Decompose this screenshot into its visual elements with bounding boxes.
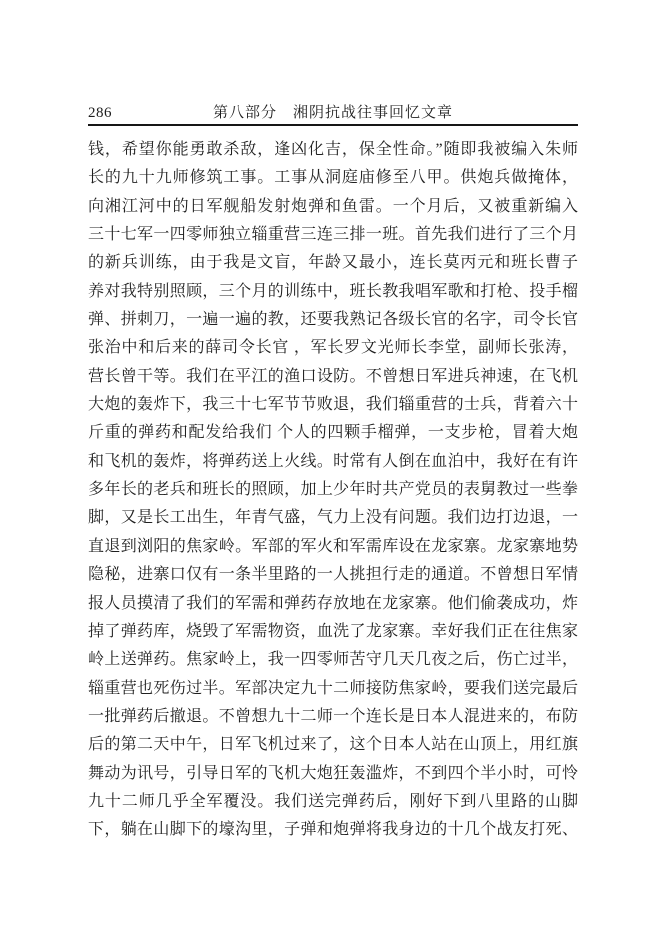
header-rule <box>88 124 578 126</box>
text-line-7: 弹、拼刺刀，一遍一遍的教，还要我熟记各级长官的名字，司令长官 <box>88 306 578 334</box>
book-page: 286 第八部分 湘阴抗战往事回忆文章 钱，希望你能勇敢杀敌，逢凶化吉，保全性命… <box>0 0 665 929</box>
chapter-title: 第八部分 湘阴抗战往事回忆文章 <box>213 105 453 121</box>
text-line-23: 舞动为讯号，引导日军的飞机大炮狂轰滥炸，不到四个半小时，可怜 <box>88 760 578 788</box>
text-line-1: 钱，希望你能勇敢杀敌，逢凶化吉，保全性命。”随即我被编入朱师 <box>88 136 578 164</box>
text-line-24: 九十二师几乎全军覆没。我们送完弹药后，刚好下到八里路的山脚 <box>88 788 578 816</box>
text-line-20: 辎重营也死伤过半。军部决定九十二师接防焦家岭，要我们送完最后 <box>88 675 578 703</box>
text-line-3: 向湘江河中的日军舰船发射炮弹和鱼雷。一个月后，又被重新编入 <box>88 193 578 221</box>
text-line-25: 下，躺在山脚下的壕沟里，子弹和炮弹将我身边的十几个战友打死、 <box>88 816 578 844</box>
text-line-13: 多年长的老兵和班长的照顾，加上少年时共产党员的表舅教过一些拳 <box>88 476 578 504</box>
text-line-10: 大炮的轰炸下，我三十七军节节败退，我们辎重营的士兵，背着六十 <box>88 391 578 419</box>
body-text: 钱，希望你能勇敢杀敌，逢凶化吉，保全性命。”随即我被编入朱师 长的九十九师修筑工… <box>88 136 578 845</box>
text-line-19: 岭上送弹药。焦家岭上，我一四零师苦守几天几夜之后，伤亡过半， <box>88 646 578 674</box>
text-line-14: 脚，又是长工出生，年青气盛，气力上没有问题。我们边打边退，一 <box>88 504 578 532</box>
text-line-21: 一批弹药后撤退。不曾想九十二师一个连长是日本人混进来的，布防 <box>88 703 578 731</box>
page-header: 286 第八部分 湘阴抗战往事回忆文章 <box>88 103 578 123</box>
text-line-5: 的新兵训练，由于我是文盲，年龄又最小，连长莫丙元和班长曹子 <box>88 249 578 277</box>
text-line-2: 长的九十九师修筑工事。工事从洞庭庙修至八甲。供炮兵做掩体， <box>88 164 578 192</box>
text-line-22: 后的第二天中午，日军飞机过来了，这个日本人站在山顶上，用红旗 <box>88 731 578 759</box>
text-line-15: 直退到浏阳的焦家岭。军部的军火和军需库设在龙家寨。龙家寨地势 <box>88 533 578 561</box>
text-line-17: 报人员摸清了我们的军需和弹药存放地在龙家寨。他们偷袭成功，炸 <box>88 590 578 618</box>
text-line-18: 掉了弹药库，烧毁了军需物资，血洗了龙家寨。幸好我们正在往焦家 <box>88 618 578 646</box>
text-line-4: 三十七军一四零师独立辎重营三连三排一班。首先我们进行了三个月 <box>88 221 578 249</box>
text-line-11: 斤重的弹药和配发给我们 个人的四颗手榴弹，一支步枪，冒着大炮 <box>88 419 578 447</box>
text-line-16: 隐秘，进寨口仅有一条半里路的一人挑担行走的通道。不曾想日军情 <box>88 561 578 589</box>
text-line-12: 和飞机的轰炸，将弹药送上火线。时常有人倒在血泊中，我好在有许 <box>88 448 578 476</box>
text-line-6: 养对我特别照顾，三个月的训练中，班长教我唱军歌和打枪、投手榴 <box>88 278 578 306</box>
text-line-9: 营长曾干等。我们在平江的渔口设防。不曾想日军进兵神速，在飞机 <box>88 363 578 391</box>
text-line-8: 张治中和后来的薛司令长官 ，军长罗文光师长李堂，副师长张涛， <box>88 334 578 362</box>
page-number: 286 <box>88 103 112 123</box>
